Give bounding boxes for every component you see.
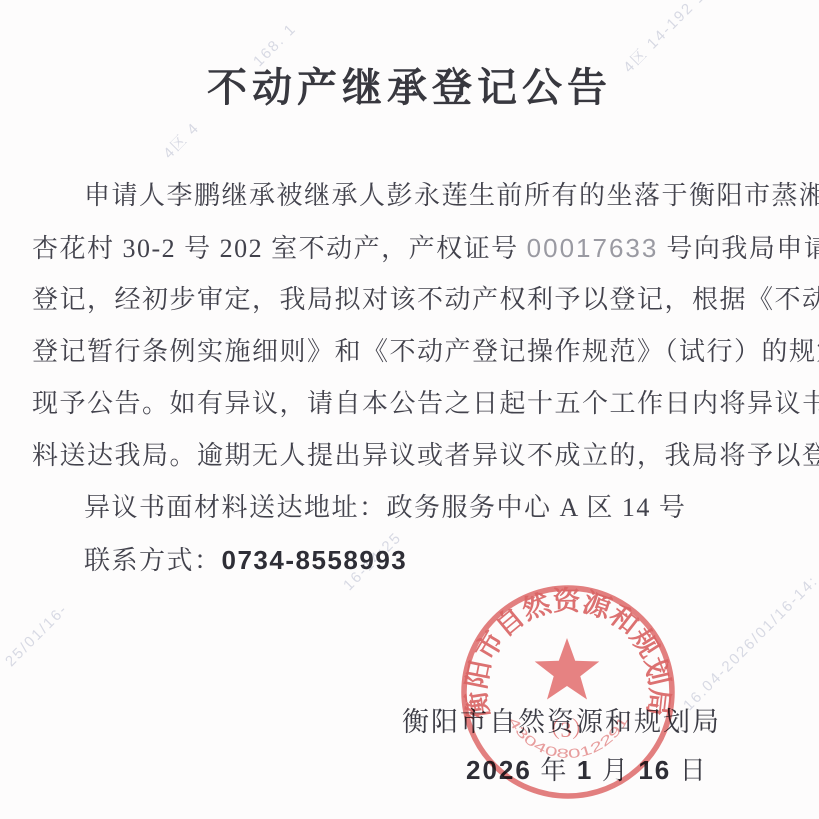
address-line: 异议书面材料送达地址：政务服务中心 A 区 14 号 <box>32 482 791 534</box>
seal-center-label: （3） <box>538 717 593 742</box>
paragraph-line: 杏花村 30-2 号 202 室不动产，产权证号 00017633 号向我局申请… <box>32 222 791 274</box>
paragraph-line: 登记，经初步审定，我局拟对该不动产权利予以登记，根据《不动产 <box>32 274 791 326</box>
scan-watermark-fragment: 25/01/16- <box>2 600 72 670</box>
contact-label: 联系方式： <box>84 546 222 575</box>
paragraph-line: 现予公告。如有异议，请自本公告之日起十五个工作日内将异议书面材 <box>32 378 791 430</box>
red-star-icon <box>535 638 600 700</box>
address-label: 异议书面材料送达地址： <box>84 493 387 522</box>
certificate-number: 00017633 <box>527 233 659 263</box>
scan-watermark-fragment: 16.04-2026/01/16-14: <box>680 572 819 714</box>
paragraph-text: 号向我局申请转移 <box>658 234 819 263</box>
document-body: 申请人李鹏继承被继承人彭永莲生前所有的坐落于衡阳市蒸湘区 杏花村 30-2 号 … <box>32 170 791 586</box>
paragraph-line: 申请人李鹏继承被继承人彭永莲生前所有的坐落于衡阳市蒸湘区 <box>32 170 791 222</box>
document-title: 不动产继承登记公告 <box>0 56 819 113</box>
contact-phone: 0734-8558993 <box>222 545 408 575</box>
scanned-document-page: 168. 1 4区 14-192 168. 16 4区 4 16-14:25 2… <box>0 0 819 819</box>
official-seal: 衡阳市自然资源和规划局 （3） 430408012291 <box>448 572 688 812</box>
paragraph-line: 登记暂行条例实施细则》和《不动产登记操作规范》（试行）的规定， <box>32 326 791 378</box>
paragraph-line: 料送达我局。逾期无人提出异议或者异议不成立的，我局将予以登记。 <box>32 430 791 482</box>
paragraph-text: 杏花村 30-2 号 202 室不动产，产权证号 <box>32 234 527 263</box>
scan-watermark-fragment: 4区 4 <box>158 117 204 163</box>
address-value: 政务服务中心 A 区 14 号 <box>387 493 687 522</box>
